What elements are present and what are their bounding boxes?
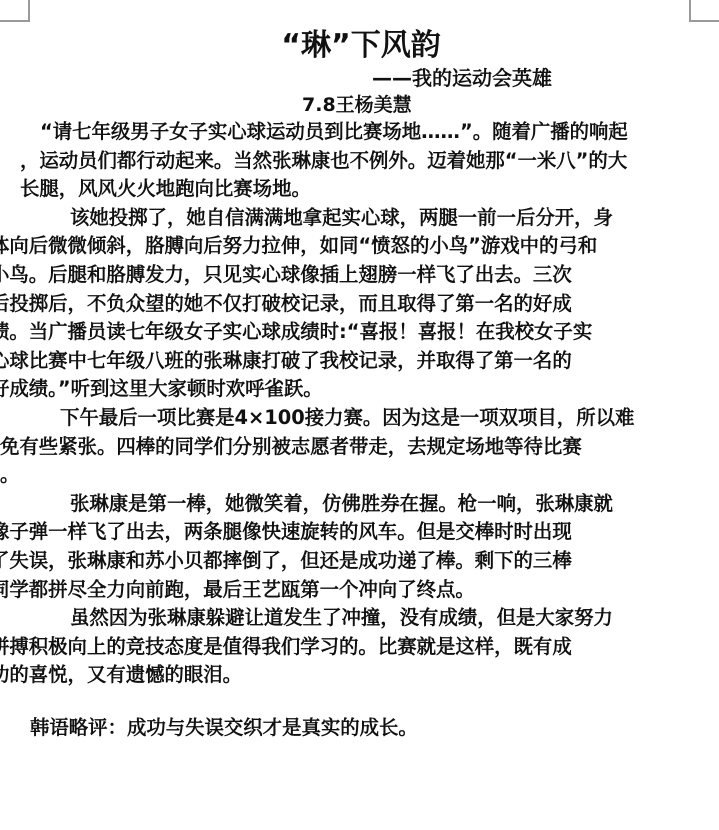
paragraph-line: 了失误，张琳康和苏小贝都摔倒了，但还是成功递了棒。剩下的三棒	[30, 547, 692, 576]
paragraph-line: 功的喜悦，又有遗憾的眼泪。	[30, 661, 692, 690]
paragraph-line: 绩。当广播员读七年级女子实心球成绩时:“喜报！喜报！在我校女子实	[30, 318, 692, 347]
page-corner-mark-top-left	[0, 0, 30, 22]
teacher-comment: 韩语略评：成功与失误交织才是真实的成长。	[30, 714, 418, 742]
document-title: “琳”下风韵	[30, 26, 692, 66]
paragraph-line: 拼搏积极向上的竞技态度是值得我们学习的。比赛就是这样，既有成	[30, 633, 692, 662]
paragraph-5: 虽然因为张琳康躲避让道发生了冲撞，没有成绩，但是大家努力 拼搏积极向上的竞技态度…	[30, 604, 692, 690]
paragraph-line: 虽然因为张琳康躲避让道发生了冲撞，没有成绩，但是大家努力	[30, 604, 692, 633]
paragraph-line: 心球比赛中七年级八班的张琳康打破了我校记录，并取得了第一名的	[30, 347, 692, 376]
document-author: 7.8王杨美慧	[302, 92, 412, 118]
paragraph-1: “请七年级男子女子实心球运动员到比赛场地……”。随着广播的响起 ，运动员们都行动…	[30, 118, 692, 204]
paragraph-line: 同学都拼尽全力向前跑，最后王艺瓯第一个冲向了终点。	[30, 576, 692, 605]
paragraph-line: 该她投掷了，她自信满满地拿起实心球，两腿一前一后分开，身	[30, 204, 692, 233]
paragraph-line: 。	[30, 461, 692, 490]
paragraph-4: 张琳康是第一棒，她微笑着，仿佛胜券在握。枪一响，张琳康就 像子弹一样飞了出去，两…	[30, 490, 692, 604]
page-corner-mark-top-right	[689, 0, 719, 22]
paragraph-line: 长腿，风风火火地跑向比赛场地。	[30, 175, 692, 204]
paragraph-line: ，运动员们都行动起来。当然张琳康也不例外。迈着她那“一米八”的大	[30, 147, 692, 176]
paragraph-2: 该她投掷了，她自信满满地拿起实心球，两腿一前一后分开，身 体向后微微倾斜，胳膊向…	[30, 204, 692, 404]
paragraph-line: 好成绩。”听到这里大家顿时欢呼雀跃。	[30, 375, 692, 404]
paragraph-3: 下午最后一项比赛是4×100接力赛。因为这是一项双项目，所以难 免有些紧张。四棒…	[30, 404, 692, 490]
paragraph-line: 像子弹一样飞了出去，两条腿像快速旋转的风车。但是交棒时时出现	[30, 518, 692, 547]
paragraph-line: 后投掷后，不负众望的她不仅打破校记录，而且取得了第一名的好成	[30, 290, 692, 319]
document-body: “请七年级男子女子实心球运动员到比赛场地……”。随着广播的响起 ，运动员们都行动…	[30, 118, 692, 690]
document-subtitle: ——我的运动会英雄	[372, 64, 552, 92]
paragraph-line: “请七年级男子女子实心球运动员到比赛场地……”。随着广播的响起	[30, 118, 692, 147]
paragraph-line: 体向后微微倾斜，胳膊向后努力拉伸，如同“愤怒的小鸟”游戏中的弓和	[30, 232, 692, 261]
paragraph-line: 小鸟。后腿和胳膊发力，只见实心球像插上翅膀一样飞了出去。三次	[30, 261, 692, 290]
paragraph-line: 下午最后一项比赛是4×100接力赛。因为这是一项双项目，所以难	[30, 404, 692, 433]
paragraph-line: 免有些紧张。四棒的同学们分别被志愿者带走，去规定场地等待比赛	[30, 433, 692, 462]
paragraph-line: 张琳康是第一棒，她微笑着，仿佛胜券在握。枪一响，张琳康就	[30, 490, 692, 519]
